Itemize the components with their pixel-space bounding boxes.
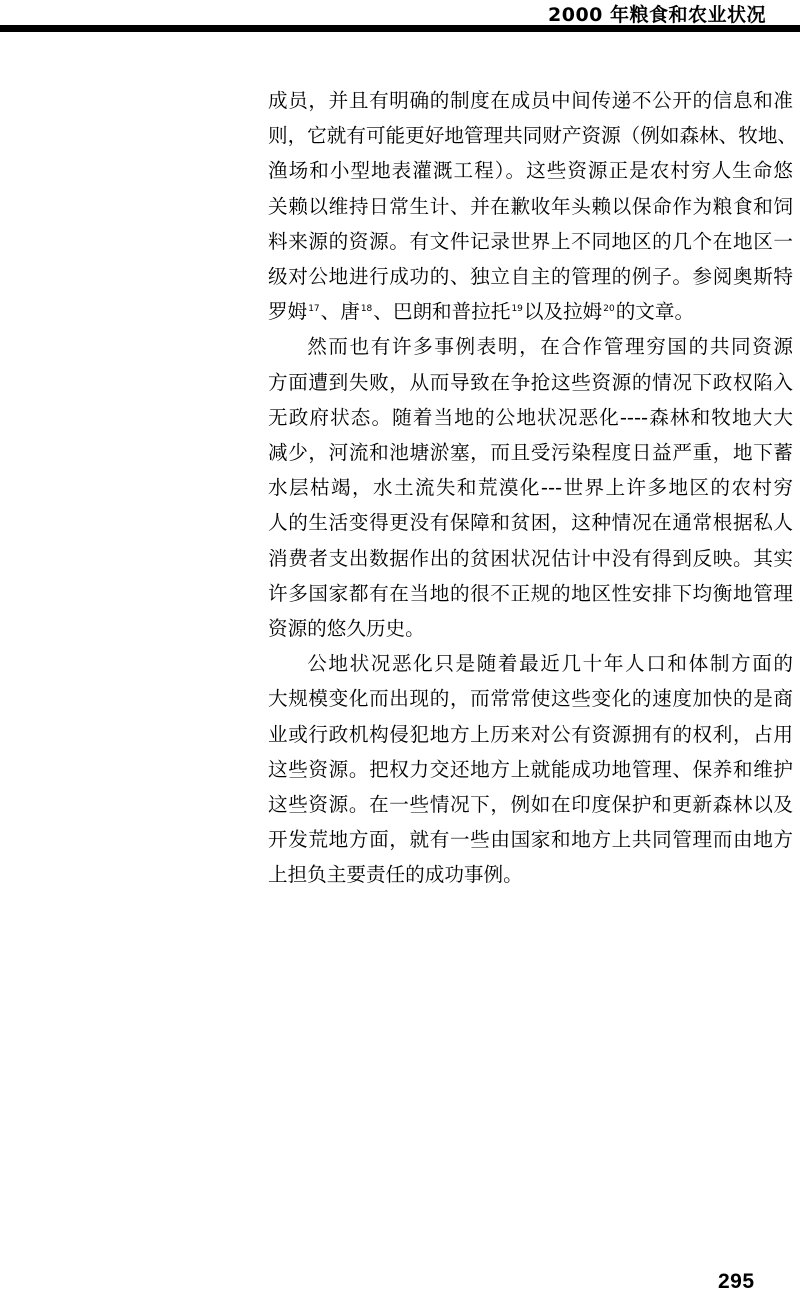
text-line: 资源的悠久历史。 <box>268 611 793 646</box>
text-line: 消费者支出数据作出的贫困状况估计中没有得到反映。其实 <box>268 541 793 576</box>
text-segment: 的文章。 <box>616 300 694 323</box>
text-line-indented: 公地状况恶化只是随着最近几十年人口和体制方面的 <box>268 646 793 681</box>
text-line: 业或行政机构侵犯地方上历来对公有资源拥有的权利，占用 <box>268 717 793 752</box>
text-line: 方面遭到失败，从而导致在争抢这些资源的情况下政权陷入 <box>268 365 793 400</box>
text-segment: 、巴朗和普拉托 <box>373 300 510 323</box>
text-line: 料来源的资源。有文件记录世界上不同地区的几个在地区一 <box>268 224 793 259</box>
header-rule <box>0 25 800 32</box>
page-number: 295 <box>718 1270 755 1294</box>
text-segment: 、唐 <box>321 300 360 323</box>
text-line: 减少，河流和池塘淤塞，而且受污染程度日益严重，地下蓄 <box>268 435 793 470</box>
footnote-reference: 19 <box>511 304 522 314</box>
paragraph-2: 然而也有许多事例表明，在合作管理穷国的共同资源 方面遭到失败，从而导致在争抢这些… <box>268 329 793 646</box>
body-text: 成员，并且有明确的制度在成员中间传递不公开的信息和准 则，它就有可能更好地管理共… <box>268 83 793 893</box>
text-line: 水层枯竭，水土流失和荒漠化---世界上许多地区的农村穷 <box>268 470 793 505</box>
text-line: 这些资源。把权力交还地方上就能成功地管理、保养和维护 <box>268 752 793 787</box>
footnote-reference: 18 <box>361 304 372 314</box>
text-line: 渔场和小型地表灌溉工程）。这些资源正是农村穷人生命悠 <box>268 153 793 188</box>
text-line: 则，它就有可能更好地管理共同财产资源（例如森林、牧地、 <box>268 118 793 153</box>
text-line: 级对公地进行成功的、独立自主的管理的例子。参阅奥斯特 <box>268 259 793 294</box>
paragraph-1: 成员，并且有明确的制度在成员中间传递不公开的信息和准 则，它就有可能更好地管理共… <box>268 83 793 329</box>
text-line: 大规模变化而出现的，而常常使这些变化的速度加快的是商 <box>268 681 793 716</box>
text-segment: 罗姆 <box>268 300 307 323</box>
paragraph-3: 公地状况恶化只是随着最近几十年人口和体制方面的 大规模变化而出现的，而常常使这些… <box>268 646 793 892</box>
text-segment: 以及拉姆 <box>524 300 602 323</box>
text-line: 关赖以维持日常生计、并在歉收年头赖以保命作为粮食和饲 <box>268 189 793 224</box>
text-line: 上担负主要责任的成功事例。 <box>268 857 793 892</box>
text-line: 成员，并且有明确的制度在成员中间传递不公开的信息和准 <box>268 83 793 118</box>
text-line: 人的生活变得更没有保障和贫困，这种情况在通常根据私人 <box>268 505 793 540</box>
text-line: 开发荒地方面，就有一些由国家和地方上共同管理而由地方 <box>268 822 793 857</box>
running-header-title: 2000 年粮食和农业状况 <box>548 0 766 26</box>
text-line-with-references: 罗姆17、唐18、巴朗和普拉托19以及拉姆20的文章。 <box>268 294 793 329</box>
footnote-reference: 20 <box>603 304 614 314</box>
text-line: 这些资源。在一些情况下，例如在印度保护和更新森林以及 <box>268 787 793 822</box>
text-line: 无政府状态。随着当地的公地状况恶化----森林和牧地大大 <box>268 400 793 435</box>
text-line: 许多国家都有在当地的很不正规的地区性安排下均衡地管理 <box>268 576 793 611</box>
footnote-reference: 17 <box>308 304 319 314</box>
text-line-indented: 然而也有许多事例表明，在合作管理穷国的共同资源 <box>268 329 793 364</box>
